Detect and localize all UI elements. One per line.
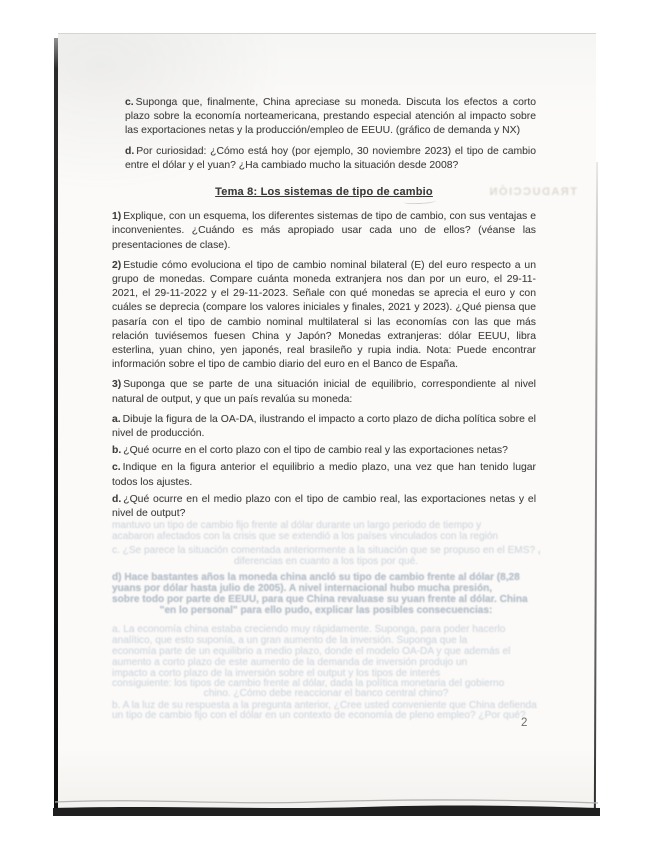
item-marker: 2) xyxy=(112,260,123,271)
bottom-edge-svg xyxy=(53,797,600,816)
item-marker: d. xyxy=(112,494,123,505)
item-text: Por curiosidad: ¿Cómo está hoy (por ejem… xyxy=(125,146,536,171)
exercise-2: 2)Estudie cómo evoluciona el tipo de cam… xyxy=(112,259,536,373)
item-marker: d. xyxy=(125,146,136,157)
item-text: Indique en la figura anterior el equilib… xyxy=(112,462,536,487)
page-number: 2 xyxy=(521,717,527,729)
scanned-document: { "colors": { "paper": "#faf9f7", "body_… xyxy=(0,0,655,848)
item-text: ¿Qué ocurre en el medio plazo con el tip… xyxy=(112,494,536,519)
item-text: Explique, con un esquema, los diferentes… xyxy=(112,211,536,250)
document-text-column: c.Suponga que, finalmente, China aprecia… xyxy=(112,96,536,524)
item-marker: b. xyxy=(112,445,123,456)
item-text: Suponga que se parte de una situación in… xyxy=(112,379,536,404)
item-marker: 3) xyxy=(112,379,123,390)
paper-curl-line xyxy=(55,800,598,803)
item-marker: c. xyxy=(125,97,136,108)
item-marker: a. xyxy=(112,414,123,425)
scan-dark-band xyxy=(53,805,600,816)
item-text: Suponga que, finalmente, China apreciase… xyxy=(125,97,536,136)
exercise-1: 1)Explique, con un esquema, los diferent… xyxy=(112,210,536,253)
sub-item-b: b.¿Qué ocurre en el corto plazo con el t… xyxy=(112,444,536,458)
sub-item-d: d.¿Qué ocurre en el medio plazo con el t… xyxy=(112,493,536,521)
intro-item-c: c.Suponga que, finalmente, China aprecia… xyxy=(125,96,536,139)
topic-heading: Tema 8: Los sistemas de tipo de cambio xyxy=(112,185,536,199)
intro-item-d: d.Por curiosidad: ¿Cómo está hoy (por ej… xyxy=(125,145,536,173)
item-text: Estudie cómo evoluciona el tipo de cambi… xyxy=(112,260,536,370)
item-marker: c. xyxy=(112,462,123,473)
item-marker: 1) xyxy=(112,211,123,222)
item-text: Dibuje la figura de la OA-DA, ilustrando… xyxy=(112,414,536,439)
page-bottom-edge-shadow xyxy=(53,797,600,816)
sub-item-a: a.Dibuje la figura de la OA-DA, ilustran… xyxy=(112,413,536,441)
sub-item-c: c.Indique en la figura anterior el equil… xyxy=(112,461,536,489)
item-text: ¿Qué ocurre en el corto plazo con el tip… xyxy=(123,445,508,456)
page-left-edge-shadow xyxy=(54,38,58,808)
exercise-3: 3)Suponga que se parte de una situación … xyxy=(112,378,536,406)
